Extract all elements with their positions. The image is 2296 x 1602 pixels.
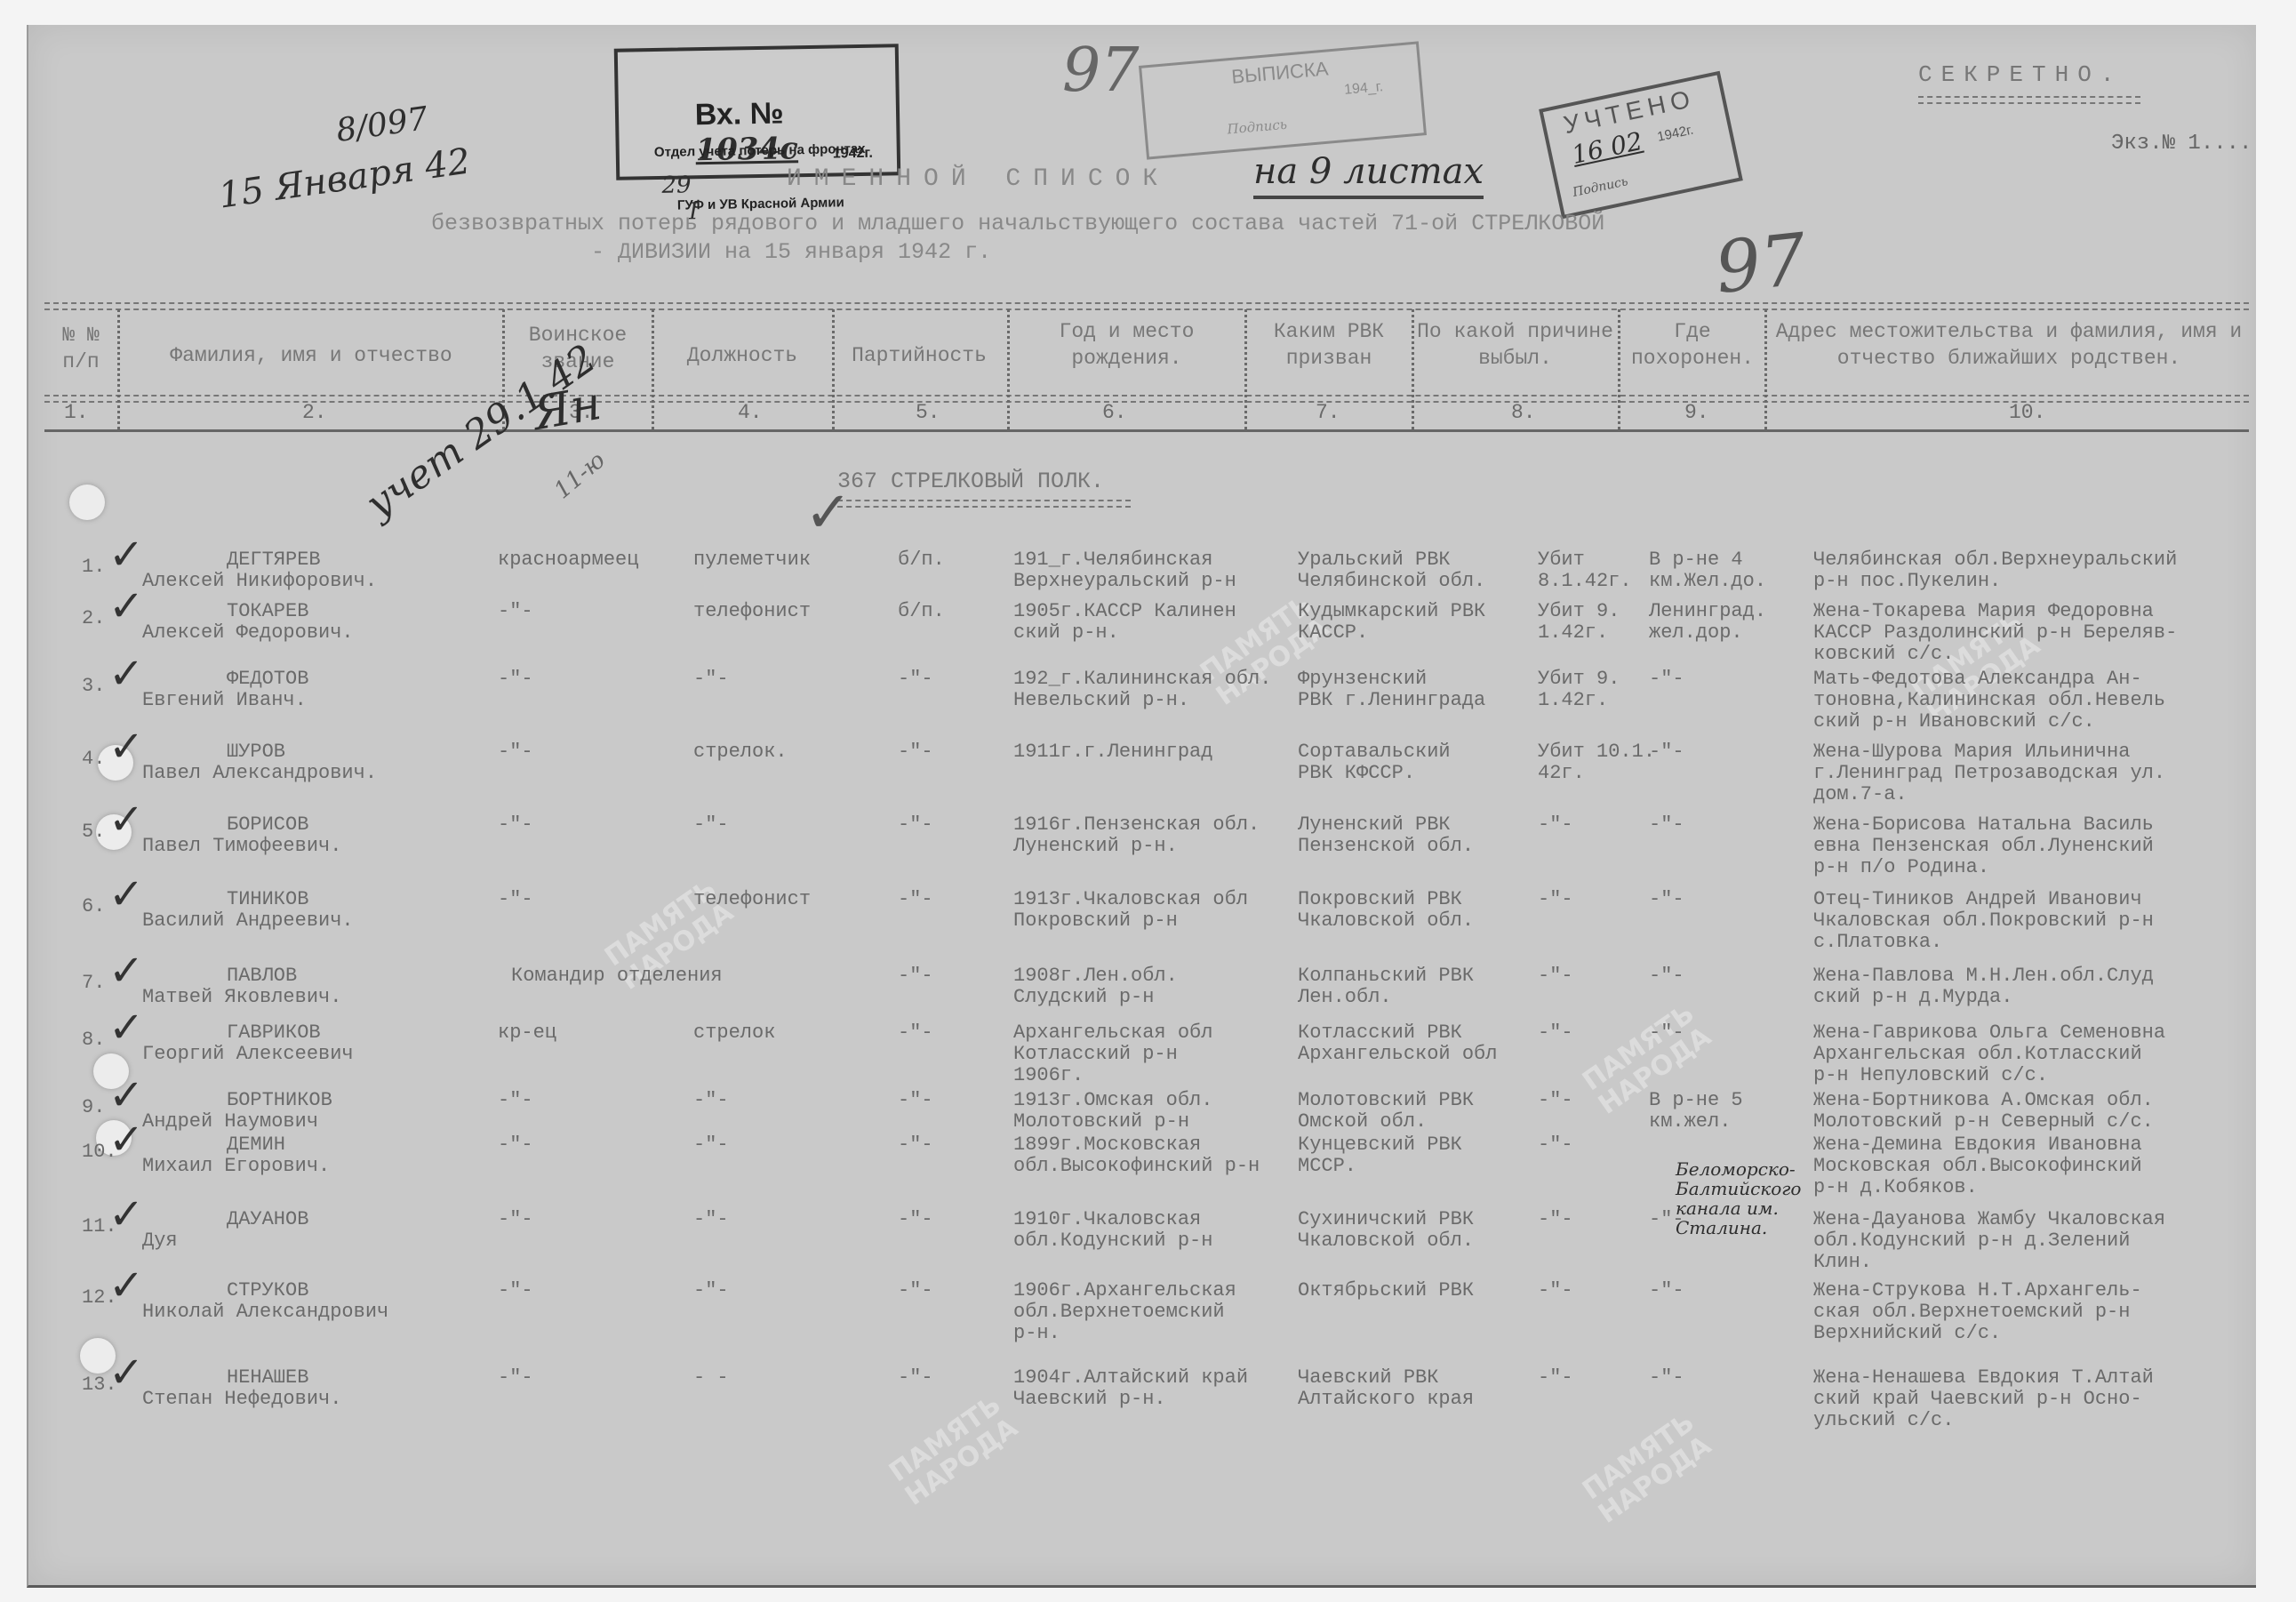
cell-party: -"-: [898, 1209, 933, 1230]
column-header: № № п/п: [46, 322, 116, 375]
check-mark-icon: ✓: [108, 1348, 144, 1398]
cell-n: 6.: [82, 896, 105, 917]
cell-burial: В р-не 4 км.Жел.до.: [1649, 549, 1766, 592]
cell-birth: 1905г.КАССР Калинен ский р-н.: [1013, 601, 1236, 644]
cell-burial: -"-: [1649, 1280, 1684, 1302]
cell-birth: 1916г.Пензенская обл. Луненский р-н.: [1013, 814, 1260, 857]
cell-birth: 1913г.Омская обл. Молотовский р-н: [1013, 1090, 1212, 1133]
cell-surname: ШУРОВ: [227, 741, 285, 763]
cell-position: -"-: [693, 814, 729, 836]
check-mark-icon: ✓: [108, 722, 144, 772]
cell-burial: -"-: [1649, 669, 1684, 690]
registered-year: 1942г.: [1656, 123, 1695, 145]
column-header: Партийность: [834, 342, 1004, 369]
cell-burial: -"-: [1649, 1367, 1684, 1389]
cell-position: пулеметчик: [693, 549, 811, 571]
cell-given: Алексей Федорович.: [142, 622, 354, 644]
cell-surname: БОРТНИКОВ: [227, 1090, 332, 1111]
cell-rank: -"-: [498, 1090, 533, 1111]
cell-given: Дуя: [142, 1230, 178, 1252]
column-number: 4.: [738, 402, 763, 423]
cell-party: -"-: [898, 814, 933, 836]
cell-party: -"-: [898, 1022, 933, 1044]
cell-rvk: Чаевский РВК Алтайского края: [1298, 1367, 1474, 1410]
cell-rvk: Покровский РВК Чкаловской обл.: [1298, 889, 1474, 932]
cell-given: Матвей Яковлевич.: [142, 987, 341, 1008]
cell-rvk: Котласский РВК Архангельской обл: [1298, 1022, 1497, 1065]
column-number: 10.: [2009, 402, 2045, 423]
check-mark-icon: ✓: [108, 649, 144, 699]
cell-surname: НЕНАШЕВ: [227, 1367, 308, 1389]
cell-party: -"-: [898, 965, 933, 987]
column-number: 8.: [1511, 402, 1536, 423]
cell-rvk: Колпаньский РВК Лен.обл.: [1298, 965, 1474, 1008]
column-header: Фамилия, имя и отчество: [124, 342, 498, 369]
column-separator: [832, 309, 835, 429]
cell-rvk: Уральский РВК Челябинской обл.: [1298, 549, 1485, 592]
check-mark-icon: ✓: [804, 480, 852, 546]
cell-surname: БОРИСОВ: [227, 814, 308, 836]
cell-address: Жена-Павлова М.Н.Лен.обл.Слуд ский р-н д…: [1813, 965, 2154, 1008]
column-number: 5.: [916, 402, 940, 423]
cell-rank: -"-: [498, 1134, 533, 1156]
cell-address: Челябинская обл.Верхнеуральский р-н пос.…: [1813, 549, 2177, 592]
table-numbers-rule: [44, 429, 2249, 432]
cell-burial: -"-: [1649, 814, 1684, 836]
cell-address: Мать-Федотова Александра Ан- тоновна,Кал…: [1813, 669, 2165, 733]
cell-reason: -"-: [1538, 1022, 1573, 1044]
cell-birth: 192_г.Калининская обл. Невельский р-н.: [1013, 669, 1271, 711]
cell-party: -"-: [898, 741, 933, 763]
check-mark-icon: ✓: [108, 1070, 144, 1120]
cell-reason: -"-: [1538, 1367, 1573, 1389]
classification: СЕКРЕТНО.: [1918, 64, 2123, 85]
cell-reason: Убит 8.1.42г.: [1538, 549, 1632, 592]
cell-surname: ДЕМИН: [227, 1134, 285, 1156]
copy-number: Экз.№ 1....: [2111, 133, 2252, 155]
check-mark-icon: ✓: [108, 795, 144, 845]
incoming-stamp: Вх. № 1034с Отдел учета потерь на фронта…: [614, 44, 901, 180]
column-header: Где похоронен.: [1621, 318, 1764, 372]
cell-party: -"-: [898, 1090, 933, 1111]
cell-birth: Архангельская обл Котласский р-н 1906г.: [1013, 1022, 1212, 1086]
column-separator: [652, 309, 654, 429]
column-separator: [1618, 309, 1620, 429]
cell-given: Степан Нефедович.: [142, 1389, 341, 1410]
title-handwritten: на 9 листах: [1253, 151, 1484, 199]
cell-address: Жена-Шурова Мария Ильинична г.Ленинград …: [1813, 741, 2165, 805]
cell-rvk: Молотовский РВК Омской обл.: [1298, 1090, 1474, 1133]
cell-position: -"-: [693, 1209, 729, 1230]
check-mark-icon: ✓: [108, 1189, 144, 1239]
check-mark-icon: ✓: [108, 1003, 144, 1053]
cell-rvk: Кудымкарский РВК КАССР.: [1298, 601, 1485, 644]
cell-position: стрелок: [693, 1022, 775, 1044]
cell-rvk: Фрунзенский РВК г.Ленинграда: [1298, 669, 1485, 711]
incoming-year: 1942г.: [833, 146, 873, 163]
check-mark-icon: ✓: [108, 869, 144, 919]
cell-address: Жена-Бортникова А.Омская обл. Молотовски…: [1813, 1090, 2154, 1133]
cell-burial: -"-: [1649, 965, 1684, 987]
cell-address: Жена-Борисова Натальна Василь евна Пензе…: [1813, 814, 2154, 878]
cell-rank: -"-: [498, 741, 533, 763]
registered-sign-label: Подпись: [1572, 174, 1629, 200]
column-number: 2.: [302, 402, 327, 423]
cell-rank: -"-: [498, 1367, 533, 1389]
document-subtitle-2: - ДИВИЗИИ на 15 января 1942 г.: [591, 242, 991, 263]
cell-n: 7.: [82, 973, 105, 994]
cell-party: -"-: [898, 669, 933, 690]
cell-given: Павел Тимофеевич.: [142, 836, 341, 857]
cell-rank: красноармеец: [498, 549, 638, 571]
section-title-underline: [837, 500, 1131, 508]
incoming-day: 29: [661, 172, 692, 199]
cell-burial: -"-: [1649, 889, 1684, 910]
cell-party: б/п.: [898, 549, 945, 571]
cell-burial: Беломорско- Балтийского канала им. Стали…: [1676, 1159, 1801, 1238]
cell-address: Жена-Ненашева Евдокия Т.Алтай ский край …: [1813, 1367, 2154, 1431]
cell-position: -"-: [693, 669, 729, 690]
column-separator: [1007, 309, 1010, 429]
cell-rank: -"-: [498, 889, 533, 910]
cell-given: Андрей Наумович: [142, 1111, 318, 1133]
cell-party: -"-: [898, 1134, 933, 1156]
cell-address: Жена-Дауанова Жамбу Чкаловская обл.Кодун…: [1813, 1209, 2165, 1273]
section-title: 367 СТРЕЛКОВЫЙ ПОЛК.: [837, 471, 1104, 493]
cell-surname: ФЕДОТОВ: [227, 669, 308, 690]
cell-n: 2.: [82, 608, 105, 629]
cell-birth: 1913г.Чкаловская обл Покровский р-н: [1013, 889, 1248, 932]
column-header: По какой причине выбыл.: [1415, 318, 1615, 372]
cell-reason: -"-: [1538, 1209, 1573, 1230]
column-separator: [117, 309, 120, 429]
cell-birth: 1904г.Алтайский край Чаевский р-н.: [1013, 1367, 1248, 1410]
extract-sign-label: Подпись: [1227, 116, 1288, 138]
cell-birth: 1899г.Московская обл.Высокофинский р-н: [1013, 1134, 1260, 1177]
cell-surname: ТИНИКОВ: [227, 889, 308, 910]
cell-address: Жена-Демина Евдокия Ивановна Московская …: [1813, 1134, 2142, 1198]
cell-position: - -: [693, 1367, 729, 1389]
column-number: 6.: [1102, 402, 1127, 423]
cell-rank: -"-: [498, 669, 533, 690]
cell-rvk: Луненский РВК Пензенской обл.: [1298, 814, 1474, 857]
cell-rvk: Октябрьский РВК: [1298, 1280, 1474, 1302]
cell-rank: -"-: [498, 1280, 533, 1302]
cell-party: -"-: [898, 1367, 933, 1389]
cell-birth: 1908г.Лен.обл. Слудский р-н: [1013, 965, 1178, 1008]
cell-burial: Ленинград. жел.дор.: [1649, 601, 1766, 644]
cell-party: -"-: [898, 889, 933, 910]
cell-position: -"-: [693, 1280, 729, 1302]
cell-rank: -"-: [498, 601, 533, 622]
cell-rank: Командир отделения: [511, 965, 723, 987]
column-header: Год и место рождения.: [1013, 318, 1240, 372]
document-paper: [27, 25, 2256, 1588]
cell-n: 9.: [82, 1097, 105, 1118]
column-separator: [1412, 309, 1414, 429]
cell-n: 8.: [82, 1029, 105, 1051]
cell-burial: -"-: [1649, 1209, 1684, 1230]
cell-party: -"-: [898, 1280, 933, 1302]
cell-surname: ДАУАНОВ: [227, 1209, 308, 1230]
document-title: ИМЕННОЙ СПИСОК: [787, 169, 1170, 190]
cell-given: Павел Александрович.: [142, 763, 377, 784]
cell-address: Жена-Гаврикова Ольга Семеновна Архангель…: [1813, 1022, 2165, 1086]
cell-birth: 1906г.Архангельская обл.Верхнетоемский р…: [1013, 1280, 1236, 1344]
cell-address: Отец-Тиников Андрей Иванович Чкаловская …: [1813, 889, 2154, 953]
cell-n: 1.: [82, 557, 105, 578]
cell-birth: 191_г.Челябинская Верхнеуральский р-н: [1013, 549, 1236, 592]
cell-n: 4.: [82, 749, 105, 770]
cell-burial: -"-: [1649, 741, 1684, 763]
cell-address: Жена-Струкова Н.Т.Архангель- ская обл.Ве…: [1813, 1280, 2142, 1344]
cell-reason: -"-: [1538, 889, 1573, 910]
cell-rvk: Кунцевский РВК МССР.: [1298, 1134, 1462, 1177]
check-mark-icon: ✓: [108, 581, 144, 631]
big-number: 97: [1711, 218, 1810, 309]
classification-underline: [1918, 96, 2140, 104]
cell-rank: -"-: [498, 814, 533, 836]
cell-position: стрелок.: [693, 741, 788, 763]
cell-reason: -"-: [1538, 965, 1573, 987]
column-header: Должность: [658, 342, 827, 369]
cell-burial: В р-не 5 км.жел.: [1649, 1090, 1743, 1133]
cell-surname: ГАВРИКОВ: [227, 1022, 321, 1044]
cell-reason: -"-: [1538, 1280, 1573, 1302]
cell-burial: -"-: [1649, 1022, 1684, 1044]
check-mark-icon: ✓: [108, 946, 144, 996]
cell-birth: 1911г.г.Ленинград: [1013, 741, 1212, 763]
cell-given: Михаил Егорович.: [142, 1156, 330, 1177]
cell-surname: ДЕГТЯРЕВ: [227, 549, 321, 571]
cell-given: Евгений Иванч.: [142, 690, 307, 711]
cell-reason: -"-: [1538, 1134, 1573, 1156]
extract-year: 194_г.: [1344, 79, 1384, 99]
column-header: Каким РВК призван: [1249, 318, 1409, 372]
cell-party: б/п.: [898, 601, 945, 622]
cell-rank: -"-: [498, 1209, 533, 1230]
cell-position: -"-: [693, 1090, 729, 1111]
column-number: 9.: [1684, 402, 1709, 423]
extract-label: ВЫПИСКА: [1230, 57, 1329, 88]
cell-rvk: Сортавальский РВК КФССР.: [1298, 741, 1451, 784]
check-mark-icon: ✓: [108, 530, 144, 580]
column-number: 1.: [64, 402, 89, 423]
column-separator: [1764, 309, 1767, 429]
table-header-rule: [44, 395, 2249, 403]
cell-reason: Убит 9. 1.42г.: [1538, 669, 1620, 711]
cell-surname: ПАВЛОВ: [227, 965, 297, 987]
cell-reason: -"-: [1538, 1090, 1573, 1111]
cell-n: 3.: [82, 676, 105, 697]
cell-given: Василий Андреевич.: [142, 910, 354, 932]
cell-reason: -"-: [1538, 814, 1573, 836]
cell-position: телефонист: [693, 601, 811, 622]
cell-rank: кр-ец: [498, 1022, 556, 1044]
cell-birth: 1910г.Чкаловская обл.Кодунский р-н: [1013, 1209, 1212, 1252]
cell-rvk: Сухиничский РВК Чкаловской обл.: [1298, 1209, 1474, 1252]
cell-position: -"-: [693, 1134, 729, 1156]
cell-n: 5.: [82, 821, 105, 843]
table-top-rule: [44, 302, 2249, 310]
cell-reason: Убит 9. 1.42г.: [1538, 601, 1620, 644]
cell-surname: СТРУКОВ: [227, 1280, 308, 1302]
check-mark-icon: ✓: [108, 1261, 144, 1310]
cell-surname: ТОКАРЕВ: [227, 601, 308, 622]
column-header: Адрес местожительства и фамилия, имя и о…: [1769, 318, 2249, 372]
column-number: 7.: [1316, 402, 1340, 423]
check-mark-icon: ✓: [108, 1115, 144, 1165]
cell-given: Алексей Никифорович.: [142, 571, 377, 592]
page-number: 97: [1062, 36, 1140, 106]
cell-position: телефонист: [693, 889, 811, 910]
cell-given: Николай Александрович: [142, 1302, 388, 1323]
cell-address: Жена-Токарева Мария Федоровна КАССР Разд…: [1813, 601, 2177, 665]
punch-hole: [69, 485, 105, 520]
document-subtitle-1: безвозвратных потерь рядового и младшего…: [431, 213, 1604, 235]
column-separator: [1244, 309, 1247, 429]
cell-reason: Убит 10.1. 42г.: [1538, 741, 1655, 784]
cell-given: Георгий Алексеевич: [142, 1044, 354, 1065]
